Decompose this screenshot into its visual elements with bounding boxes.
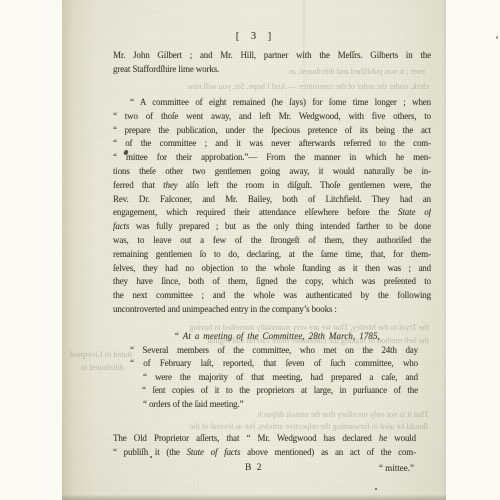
text-line: ſelves, they had no objection to the who…: [113, 263, 431, 277]
text-line: “ of the committee ; and it was never af…: [113, 138, 431, 152]
text-line: “ Several members of the committee, who …: [130, 345, 418, 358]
text-line: ferred that they alſo left the room in d…: [113, 180, 431, 194]
ink-speck: [375, 488, 377, 490]
text-line: the next committee ; and the whole was a…: [113, 290, 431, 304]
text-line: they have ſince, both of them, ſigned th…: [113, 276, 431, 290]
closing-paragraph: The Old Proprietor aſſerts, that “ Mr. W…: [113, 433, 416, 461]
bleedthrough-text: ſtated in Liverpool: [64, 349, 132, 360]
photo-background: [ 3 ] Mr. John Gilbert ; and Mr. Hill, p…: [0, 0, 500, 500]
text-line: was, to leave out a few of the ſtrongeſt…: [113, 235, 431, 249]
bleedthrough-text: diſtributed in: [64, 362, 124, 373]
bleedthrough-text: the beſt method of making the committee …: [113, 335, 429, 346]
text-line: “ mittee for their approbation.”— From t…: [113, 152, 431, 166]
text-line: Mr. John Gilbert ; and Mr. Hill, partner…: [113, 50, 431, 64]
text-line: “ A committee of eight remained (he ſays…: [113, 97, 431, 111]
text-line: “ ſent copies of it to the proprietors a…: [130, 385, 418, 398]
page-bottom-shadow: [62, 495, 446, 500]
text-line: Rev. Dr. Falconer, and Mr. Bailey, both …: [113, 194, 431, 208]
book-page: [ 3 ] Mr. John Gilbert ; and Mr. Hill, p…: [62, 0, 446, 500]
text-line: The Old Proprietor aſſerts, that “ Mr. W…: [113, 433, 416, 447]
ink-speck: [150, 456, 152, 458]
bleedthrough-text: the Tryal to the Merſey, That we are ver…: [113, 322, 429, 333]
minutes-extract-block: “ Several members of the committee, who …: [130, 345, 418, 412]
text-line: remaining gentlemen ſo to do, declaring,…: [113, 249, 431, 263]
ink-speck: [496, 36, 498, 39]
text-line: “ publiſh it (the State of facts above m…: [113, 447, 416, 461]
text-line: “ two of thoſe went away, and left Mr. W…: [113, 111, 431, 125]
page-number: [ 3 ]: [62, 31, 446, 42]
text-line: engagement, which required their attenda…: [113, 207, 431, 221]
catchword: “ mittee.”: [379, 463, 414, 473]
text-line: tions theſe other two gentlemen going aw…: [113, 166, 431, 180]
bleedthrough-text: That it is not only neceſſary that the u…: [113, 409, 429, 420]
text-line: uncontroverted and unimpeached entry in …: [113, 304, 431, 318]
bleedthrough-text: ſhould be uſed in forwarding the reſpect…: [64, 421, 428, 432]
text-line: “ were the majority of that meeting, had…: [130, 372, 418, 385]
text-line: “ prepare the publication, under the ſpe…: [113, 125, 431, 139]
bleedthrough-text: clerk, under the order of the committee …: [113, 81, 429, 92]
text-line: facts was fully prepared ; but as the on…: [113, 221, 431, 235]
bleedthrough-text: ever ; it was publiſhed and diſtributed,…: [225, 66, 425, 77]
committee-paragraph: “ A committee of eight remained (he ſays…: [113, 97, 431, 318]
text-line: “ of February laſt, reported, that ſeven…: [130, 358, 418, 371]
